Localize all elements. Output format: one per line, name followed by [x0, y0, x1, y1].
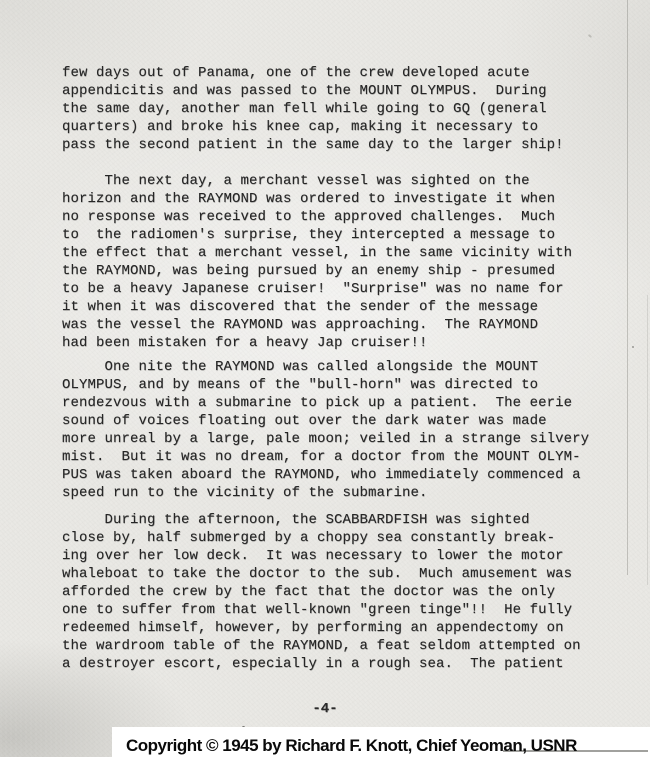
body-paragraph-4: During the afternoon, the SCABBARDFISH w… — [62, 511, 581, 673]
scan-artifact-vertical-line — [627, 0, 628, 575]
scan-speck — [632, 346, 634, 348]
body-paragraph-2: The next day, a merchant vessel was sigh… — [62, 172, 572, 352]
body-paragraph-3: One nite the RAYMOND was called alongsid… — [62, 358, 589, 502]
scan-bottom-margin — [0, 757, 650, 775]
page-number: -4- — [0, 701, 650, 717]
body-paragraph-1: few days out of Panama, one of the crew … — [62, 64, 564, 154]
copyright-notice: Copyright © 1945 by Richard F. Knott, Ch… — [126, 736, 526, 756]
scan-artifact-vertical-line-faint — [647, 295, 648, 585]
scanned-document-page: few days out of Panama, one of the crew … — [0, 0, 650, 775]
